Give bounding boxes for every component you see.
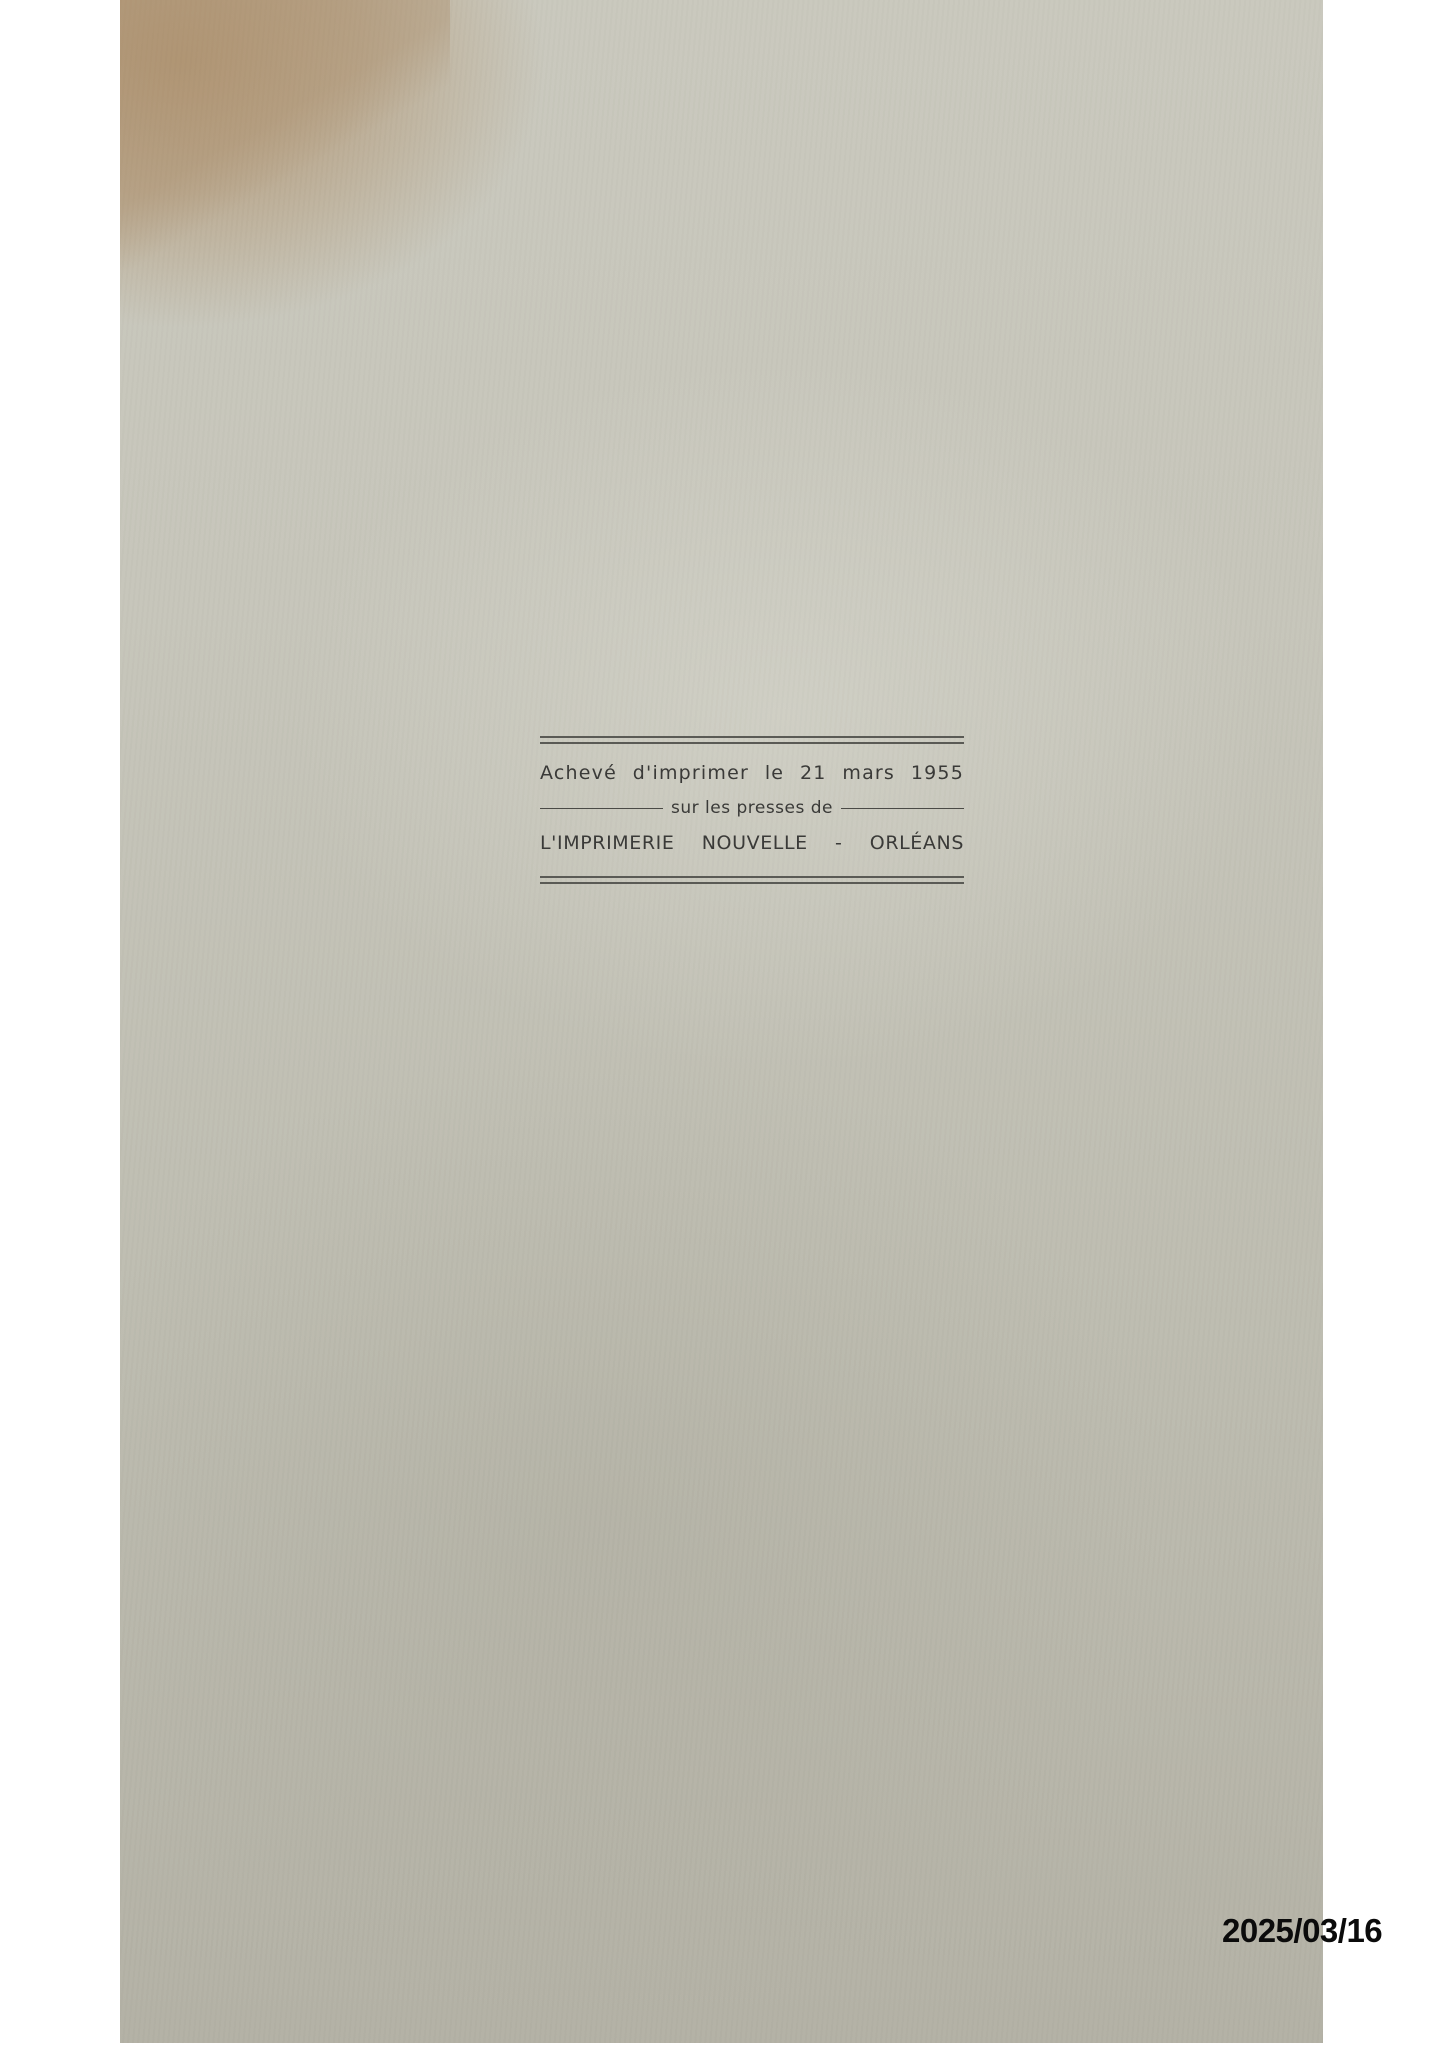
right-dash-rule	[841, 808, 964, 809]
colophon-printed-date: Achevé d'imprimer le 21 mars 1955	[540, 762, 964, 784]
printer-name-part1: L'IMPRIMERIE	[540, 832, 674, 854]
colophon-presses-text: sur les presses de	[663, 798, 841, 818]
colophon-printer-name: L'IMPRIMERIE NOUVELLE - ORLÉANS	[540, 832, 964, 854]
printer-name-part2: NOUVELLE	[702, 832, 808, 854]
printer-city: ORLÉANS	[870, 832, 964, 854]
colophon: Achevé d'imprimer le 21 mars 1955 sur le…	[540, 736, 964, 884]
top-double-rule	[540, 736, 964, 744]
colophon-presses-line: sur les presses de	[540, 798, 964, 818]
printer-name-separator: -	[835, 832, 842, 854]
date-stamp: 2025/03/16	[1222, 1912, 1382, 1950]
scanned-page: Achevé d'imprimer le 21 mars 1955 sur le…	[120, 0, 1323, 2043]
bottom-double-rule	[540, 876, 964, 884]
left-dash-rule	[540, 808, 663, 809]
